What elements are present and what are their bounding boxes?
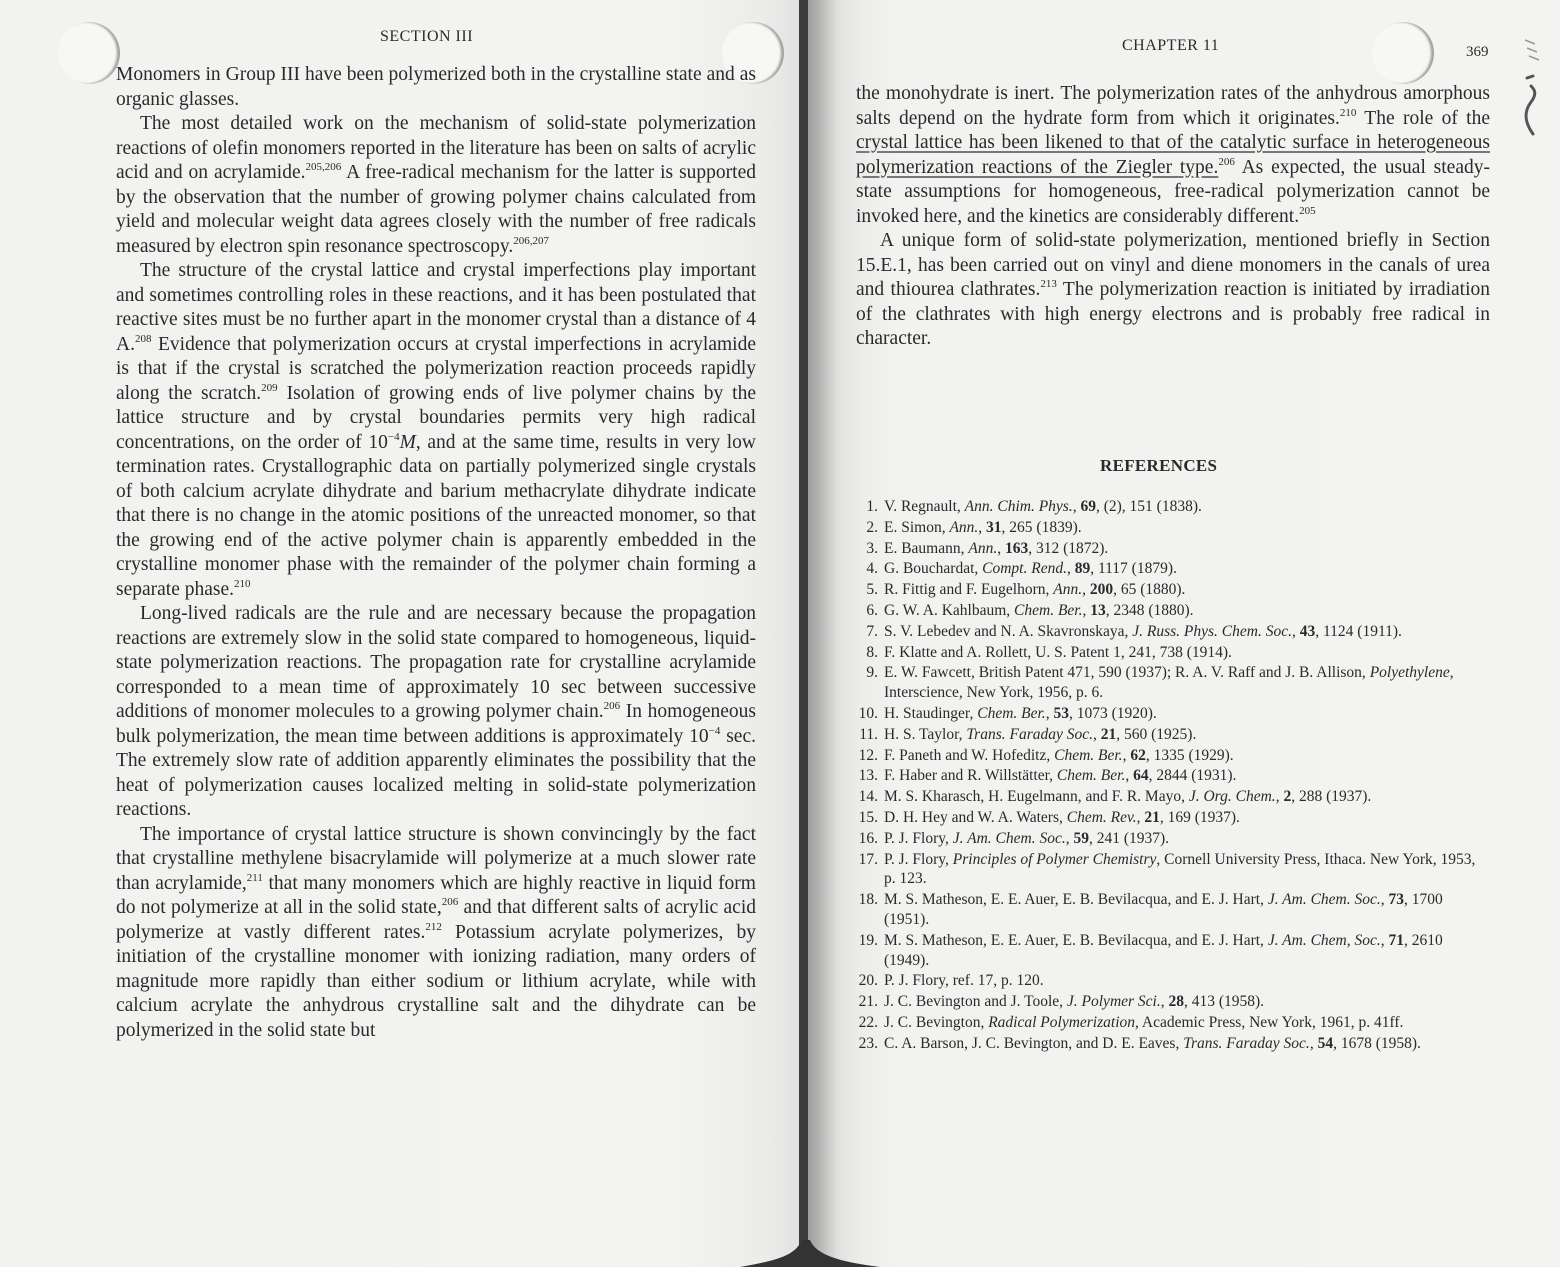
reference-item: 23.C. A. Barson, J. C. Bevington, and D.… — [838, 1034, 1480, 1054]
reference-citation: C. A. Barson, J. C. Bevington, and D. E.… — [884, 1034, 1480, 1054]
reference-citation: M. S. Matheson, E. E. Auer, E. B. Bevila… — [884, 931, 1480, 971]
book-spine — [799, 0, 808, 1267]
left-body-text: Monomers in Group III have been polymeri… — [116, 63, 756, 1043]
running-head-left: SECTION III — [380, 28, 473, 46]
reference-item: 10.H. Staudinger, Chem. Ber., 53, 1073 (… — [838, 704, 1480, 724]
reference-citation: D. H. Hey and W. A. Waters, Chem. Rev., … — [884, 808, 1480, 828]
pencil-margin-mark-icon — [1505, 30, 1555, 150]
reference-citation: H. Staudinger, Chem. Ber., 53, 1073 (192… — [884, 704, 1480, 724]
reference-number: 16. — [838, 829, 884, 849]
reference-item: 11.H. S. Taylor, Trans. Faraday Soc., 21… — [838, 725, 1480, 745]
reference-number: 1. — [838, 497, 884, 517]
reference-citation: S. V. Lebedev and N. A. Skavronskaya, J.… — [884, 622, 1480, 642]
reference-item: 6.G. W. A. Kahlbaum, Chem. Ber., 13, 234… — [838, 601, 1480, 621]
reference-number: 2. — [838, 518, 884, 538]
reference-citation: G. Bouchardat, Compt. Rend., 89, 1117 (1… — [884, 559, 1480, 579]
spine-foot — [740, 1240, 880, 1267]
reference-item: 14.M. S. Kharasch, H. Eugelmann, and F. … — [838, 787, 1480, 807]
gutter-shadow — [808, 0, 838, 1267]
reference-item: 7.S. V. Lebedev and N. A. Skavronskaya, … — [838, 622, 1480, 642]
reference-citation: J. C. Bevington, Radical Polymerization,… — [884, 1013, 1480, 1033]
reference-item: 17.P. J. Flory, Principles of Polymer Ch… — [838, 850, 1480, 890]
reference-number: 23. — [838, 1034, 884, 1054]
reference-item: 19.M. S. Matheson, E. E. Auer, E. B. Bev… — [838, 931, 1480, 971]
running-head-right: CHAPTER 11 — [1122, 37, 1219, 55]
reference-item: 5.R. Fittig and F. Eugelhorn, Ann., 200,… — [838, 580, 1480, 600]
reference-number: 13. — [838, 766, 884, 786]
reference-number: 3. — [838, 539, 884, 559]
reference-citation: V. Regnault, Ann. Chim. Phys., 69, (2), … — [884, 497, 1480, 517]
binder-hole-left — [58, 22, 120, 84]
reference-item: 2.E. Simon, Ann., 31, 265 (1839). — [838, 518, 1480, 538]
reference-citation: R. Fittig and F. Eugelhorn, Ann., 200, 6… — [884, 580, 1480, 600]
reference-citation: M. S. Matheson, E. E. Auer, E. B. Bevila… — [884, 890, 1480, 930]
reference-citation: J. C. Bevington and J. Toole, J. Polymer… — [884, 992, 1480, 1012]
reference-item: 12.F. Paneth and W. Hofeditz, Chem. Ber.… — [838, 746, 1480, 766]
reference-citation: M. S. Kharasch, H. Eugelmann, and F. R. … — [884, 787, 1480, 807]
reference-citation: F. Klatte and A. Rollett, U. S. Patent 1… — [884, 643, 1480, 663]
reference-item: 4.G. Bouchardat, Compt. Rend., 89, 1117 … — [838, 559, 1480, 579]
left-page: SECTION III Monomers in Group III have b… — [0, 0, 800, 1267]
reference-item: 18.M. S. Matheson, E. E. Auer, E. B. Bev… — [838, 890, 1480, 930]
reference-citation: G. W. A. Kahlbaum, Chem. Ber., 13, 2348 … — [884, 601, 1480, 621]
reference-item: 21.J. C. Bevington and J. Toole, J. Poly… — [838, 992, 1480, 1012]
reference-item: 20.P. J. Flory, ref. 17, p. 120. — [838, 971, 1480, 991]
reference-number: 7. — [838, 622, 884, 642]
reference-item: 13.F. Haber and R. Willstätter, Chem. Be… — [838, 766, 1480, 786]
reference-citation: P. J. Flory, ref. 17, p. 120. — [884, 971, 1480, 991]
reference-number: 15. — [838, 808, 884, 828]
reference-item: 1.V. Regnault, Ann. Chim. Phys., 69, (2)… — [838, 497, 1480, 517]
reference-item: 15.D. H. Hey and W. A. Waters, Chem. Rev… — [838, 808, 1480, 828]
paragraph: the monohydrate is inert. The polymeriza… — [856, 82, 1490, 229]
binder-hole-right — [1372, 22, 1434, 84]
reference-number: 5. — [838, 580, 884, 600]
reference-citation: E. Simon, Ann., 31, 265 (1839). — [884, 518, 1480, 538]
reference-citation: E. W. Fawcett, British Patent 471, 590 (… — [884, 663, 1480, 703]
reference-number: 21. — [838, 992, 884, 1012]
reference-number: 14. — [838, 787, 884, 807]
reference-number: 8. — [838, 643, 884, 663]
reference-item: 9.E. W. Fawcett, British Patent 471, 590… — [838, 663, 1480, 703]
reference-number: 4. — [838, 559, 884, 579]
reference-citation: P. J. Flory, J. Am. Chem. Soc., 59, 241 … — [884, 829, 1480, 849]
reference-number: 17. — [838, 850, 884, 890]
reference-number: 12. — [838, 746, 884, 766]
reference-number: 19. — [838, 931, 884, 971]
reference-citation: P. J. Flory, Principles of Polymer Chemi… — [884, 850, 1480, 890]
reference-number: 6. — [838, 601, 884, 621]
paragraph: The structure of the crystal lattice and… — [116, 259, 756, 602]
references-heading: REFERENCES — [1100, 456, 1217, 476]
pencil-underlined-text: crystal lattice has been likened to that… — [856, 132, 1490, 178]
reference-citation: H. S. Taylor, Trans. Faraday Soc., 21, 5… — [884, 725, 1480, 745]
reference-number: 22. — [838, 1013, 884, 1033]
reference-number: 10. — [838, 704, 884, 724]
reference-citation: E. Baumann, Ann., 163, 312 (1872). — [884, 539, 1480, 559]
reference-citation: F. Paneth and W. Hofeditz, Chem. Ber., 6… — [884, 746, 1480, 766]
paragraph: The importance of crystal lattice struct… — [116, 823, 756, 1044]
page-number: 369 — [1466, 44, 1489, 61]
paragraph: Long-lived radicals are the rule and are… — [116, 602, 756, 823]
paragraph: The most detailed work on the mechanism … — [116, 112, 756, 259]
reference-number: 20. — [838, 971, 884, 991]
paragraph: Monomers in Group III have been polymeri… — [116, 63, 756, 112]
reference-number: 11. — [838, 725, 884, 745]
paragraph: A unique form of solid-state polymerizat… — [856, 229, 1490, 352]
reference-number: 9. — [838, 663, 884, 703]
reference-number: 18. — [838, 890, 884, 930]
right-body-text: the monohydrate is inert. The polymeriza… — [856, 82, 1490, 352]
references-list: 1.V. Regnault, Ann. Chim. Phys., 69, (2)… — [838, 497, 1480, 1055]
reference-item: 8.F. Klatte and A. Rollett, U. S. Patent… — [838, 643, 1480, 663]
reference-item: 16.P. J. Flory, J. Am. Chem. Soc., 59, 2… — [838, 829, 1480, 849]
reference-item: 22.J. C. Bevington, Radical Polymerizati… — [838, 1013, 1480, 1033]
reference-item: 3.E. Baumann, Ann., 163, 312 (1872). — [838, 539, 1480, 559]
reference-citation: F. Haber and R. Willstätter, Chem. Ber.,… — [884, 766, 1480, 786]
